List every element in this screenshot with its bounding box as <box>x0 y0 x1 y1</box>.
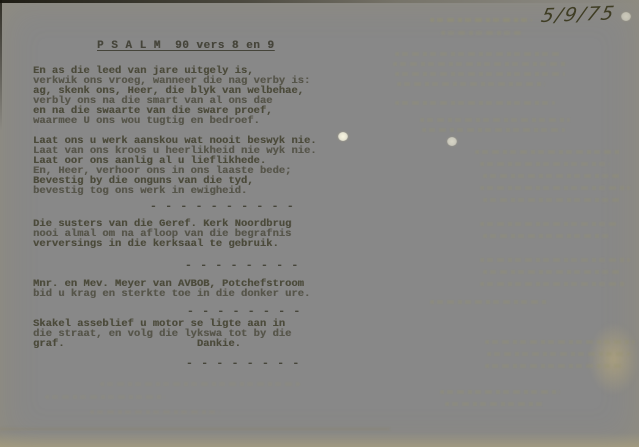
bleedthrough-line <box>440 390 560 394</box>
bleedthrough-line <box>485 364 623 368</box>
bleedthrough-line <box>480 222 620 226</box>
notice-line: graf. Dankie. <box>33 339 291 349</box>
bleedthrough-line <box>430 18 532 22</box>
stanza-line: waarmee U ons wou tugtig en bedroef. <box>33 116 310 126</box>
bleedthrough-line <box>480 162 610 166</box>
psalm-title: P S A L M 90 vers 8 en 9 <box>97 40 275 52</box>
psalm-stanza-2: Laat ons u werk aanskou wat nooit beswyk… <box>33 136 317 196</box>
paper-shadow-band <box>0 433 639 447</box>
dashed-separator: - - - - - - - - - - <box>150 201 294 213</box>
psalm-stanza-1: En as die leed van jare uitgely is, verk… <box>33 66 310 126</box>
paper-stain <box>588 322 639 396</box>
bleedthrough-line <box>397 82 545 86</box>
bleedthrough-line <box>420 118 570 122</box>
paper-flaw-dot <box>338 132 348 141</box>
dashed-separator: - - - - - - - - <box>186 358 300 370</box>
bleedthrough-line <box>483 234 611 238</box>
notice-line: bid u krag en sterkte toe in die donker … <box>33 289 310 299</box>
notice-susters: Die susters van die Geref. Kerk Noordbru… <box>33 219 291 249</box>
bleedthrough-line <box>483 174 623 178</box>
bleedthrough-line <box>480 186 630 190</box>
paper-flaw-dot <box>621 12 631 21</box>
dashed-separator: - - - - - - - - <box>185 260 299 272</box>
dashed-separator: - - - - - - - - <box>187 306 301 318</box>
bleedthrough-line <box>45 395 165 399</box>
bleedthrough-line <box>422 128 565 132</box>
bleedthrough-line <box>395 72 565 76</box>
bleedthrough-line <box>395 52 560 56</box>
paper-crease <box>0 428 390 430</box>
stanza-line: bevestig tog ons werk in ewigheid. <box>33 186 317 196</box>
bleedthrough-line <box>395 101 555 105</box>
bleedthrough-line <box>480 282 625 286</box>
scan-edge-top <box>0 0 639 3</box>
notice-motor: Skakel asseblief u motor se ligte aan in… <box>33 319 291 349</box>
scan-edge-left <box>0 0 2 130</box>
paper-flaw-dot <box>447 137 457 146</box>
bleedthrough-line <box>475 150 620 154</box>
bleedthrough-line <box>485 340 635 344</box>
bleedthrough-line <box>480 258 630 262</box>
scanned-document-page: 5/9/75 P S A L M 90 vers 8 en 9 En as di… <box>0 0 639 447</box>
handwritten-date: 5/9/75 <box>539 2 617 27</box>
bleedthrough-line <box>100 382 300 386</box>
bleedthrough-line <box>483 270 623 274</box>
bleedthrough-line <box>90 410 220 414</box>
bleedthrough-line <box>393 62 568 66</box>
notice-avbob: Mnr. en Mev. Meyer van AVBOB, Potchefstr… <box>33 279 310 299</box>
bleedthrough-line <box>487 352 630 356</box>
bleedthrough-line <box>441 31 525 35</box>
bleedthrough-line <box>445 402 543 406</box>
notice-line: verversings in die kerksaal te gebruik. <box>33 239 291 249</box>
bleedthrough-line <box>430 300 548 304</box>
bleedthrough-line <box>483 198 621 202</box>
